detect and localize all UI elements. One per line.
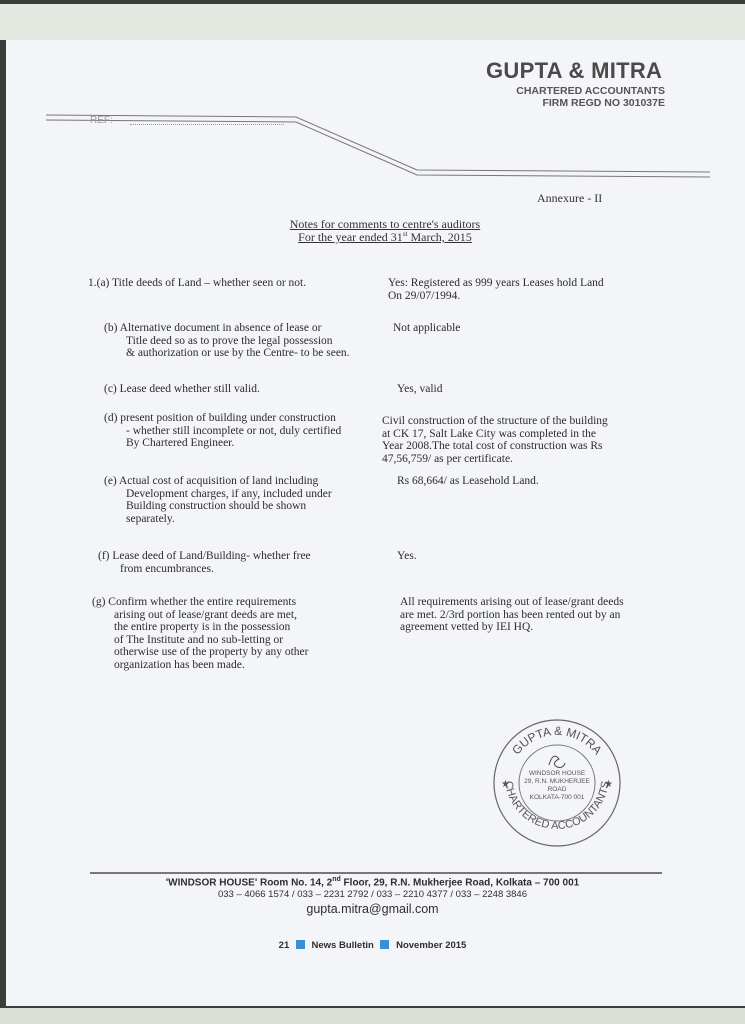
item-question: (d) present position of building under c… [104, 412, 404, 450]
square-bullet-icon [380, 940, 389, 949]
svg-text:KOLKATA-700 001: KOLKATA-700 001 [530, 794, 585, 801]
item-question: (f) Lease deed of Land/Building- whether… [98, 550, 398, 575]
item-answer: All requirements arising out of lease/gr… [400, 596, 690, 634]
item-question: (c) Lease deed whether still valid. [104, 383, 404, 396]
signature-icon [549, 756, 565, 767]
ref-label: REF: [90, 115, 113, 126]
ref-field [130, 115, 284, 125]
item-answer: Rs 68,664/ as Leasehold Land. [397, 475, 687, 488]
issue-date: November 2015 [396, 940, 466, 951]
item-answer: Civil construction of the structure of t… [382, 415, 672, 465]
scan-bottom-edge [0, 1008, 745, 1024]
footer-email: gupta.mitra@gmail.com [0, 902, 745, 916]
square-bullet-icon [296, 940, 305, 949]
firm-stamp: GUPTA & MITRA CHARTERED ACCOUNTANTS ★ ★ … [491, 717, 623, 849]
item-answer: Yes. [397, 550, 687, 563]
item-question: (g) Confirm whether the entire requireme… [92, 596, 392, 671]
item-answer: Not applicable [393, 322, 683, 335]
annexure-label: Annexure - II [537, 191, 602, 206]
svg-text:29, R.N. MUKHERJEE: 29, R.N. MUKHERJEE [524, 778, 590, 785]
svg-text:★: ★ [501, 779, 510, 790]
item-answer: Yes: Registered as 999 years Leases hold… [388, 277, 678, 302]
publication-name: News Bulletin [312, 940, 374, 951]
item-answer: Yes, valid [397, 383, 687, 396]
item-question: (b) Alternative document in absence of l… [104, 322, 404, 360]
footer-address: 'WINDSOR HOUSE' Room No. 14, 2nd Floor, … [0, 876, 745, 888]
year-heading: For the year ended 31st March, 2015 [240, 230, 530, 245]
footer-phones: 033 – 4066 1574 / 033 – 2231 2792 / 033 … [0, 889, 745, 900]
item-question: 1.(a) Title deeds of Land – whether seen… [88, 277, 388, 290]
svg-text:WINDSOR HOUSE: WINDSOR HOUSE [529, 770, 586, 777]
letterhead-rule [0, 0, 745, 200]
svg-text:★: ★ [604, 779, 613, 790]
svg-text:ROAD: ROAD [548, 786, 567, 793]
page-number: 21 [279, 940, 290, 951]
item-question: (e) Actual cost of acquisition of land i… [104, 475, 404, 525]
footer-rule [90, 872, 662, 874]
bulletin-footer: 21 News Bulletin November 2015 [0, 940, 745, 951]
